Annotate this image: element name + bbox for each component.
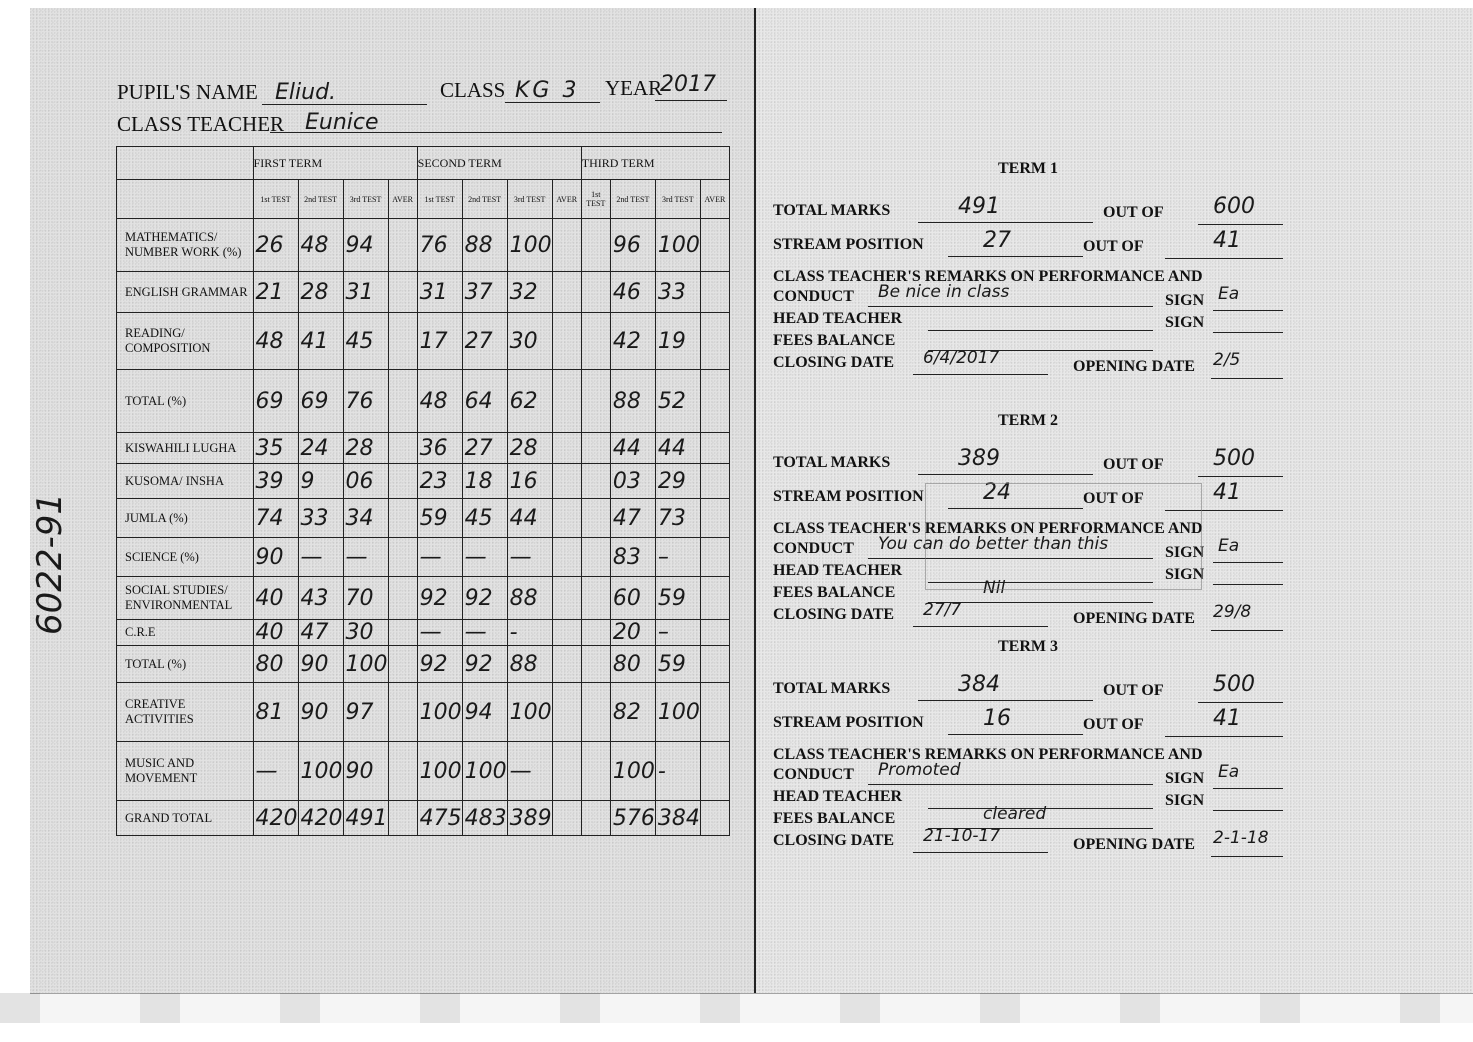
stream-position-value: 16 [983,706,1011,731]
score-cell: — [462,620,507,646]
score-cell: 48 [253,313,298,370]
table-row: ENGLISH GRAMMAR2128313137324633 [117,272,730,313]
stream-position-value: 27 [983,228,1011,253]
score-cell [581,433,610,464]
score-cell: 76 [417,219,462,272]
closing-date-value: 27/7 [923,600,961,620]
score-cell: 52 [655,370,700,433]
total-marks-value: 389 [958,446,1000,471]
score-cell [552,272,581,313]
score-cell: 100 [507,683,552,742]
score-cell: – [655,620,700,646]
score-cell: 76 [343,370,388,433]
score-cell [581,313,610,370]
closing-date-value: 6/4/2017 [923,348,999,368]
score-cell [552,219,581,272]
subject-label: TOTAL (%) [117,370,254,433]
score-cell [388,433,417,464]
class-value: KG 3 [515,78,579,103]
score-cell: 36 [417,433,462,464]
score-cell: — [343,538,388,577]
score-cell: 60 [610,577,655,620]
score-cell: 48 [298,219,343,272]
score-cell: — [417,538,462,577]
score-cell: 26 [253,219,298,272]
stream-out-of-label: OUT OF [1083,716,1144,734]
stream-position-label: STREAM POSITION [773,488,924,506]
score-cell: 03 [610,464,655,499]
column-header: 3rd TEST [343,180,388,219]
score-cell [581,464,610,499]
score-cell [700,272,729,313]
score-cell: 88 [462,219,507,272]
score-cell: 88 [507,577,552,620]
score-cell: 27 [462,433,507,464]
table-row: KUSOMA/ INSHA399062318160329 [117,464,730,499]
stream-out-of-value: 41 [1213,480,1241,505]
opening-date-label: OPENING DATE [1073,836,1195,854]
opening-date-value: 2-1-18 [1213,828,1269,848]
score-cell: 33 [298,499,343,538]
score-cell: 92 [462,577,507,620]
score-cell [388,370,417,433]
score-cell [700,646,729,683]
score-cell: 44 [610,433,655,464]
score-cell [552,683,581,742]
score-cell: 35 [253,433,298,464]
score-cell: 16 [507,464,552,499]
subject-label: SCIENCE (%) [117,538,254,577]
opening-date-label: OPENING DATE [1073,610,1195,628]
pupil-name-label: PUPIL'S NAME [117,80,258,104]
table-row: JUMLA (%)7433345945444773 [117,499,730,538]
column-header: AVER [700,180,729,219]
score-cell: 69 [253,370,298,433]
margin-note: 6022-91 [30,485,70,635]
score-cell: 31 [417,272,462,313]
score-cell [581,620,610,646]
out-of-label: OUT OF [1103,682,1164,700]
score-cell: 19 [655,313,700,370]
conduct-label: CONDUCT [773,288,854,306]
fees-balance-value: cleared [983,804,1046,824]
score-cell [388,620,417,646]
score-cell: 33 [655,272,700,313]
score-cell: 48 [417,370,462,433]
score-cell: 45 [343,313,388,370]
score-cell: 06 [343,464,388,499]
score-cell: 28 [507,433,552,464]
score-cell: – [655,538,700,577]
score-cell [581,683,610,742]
closing-date-label: CLOSING DATE [773,832,894,850]
stream-position-label: STREAM POSITION [773,236,924,254]
term-header-1: FIRST TERM [253,147,417,180]
stream-out-of-value: 41 [1213,706,1241,731]
score-cell [700,538,729,577]
table-row: READING/ COMPOSITION4841451727304219 [117,313,730,370]
total-out-of-value: 500 [1213,672,1255,697]
score-cell: 94 [343,219,388,272]
score-cell: 576 [610,801,655,836]
score-cell [581,538,610,577]
column-header: 1st TEST [417,180,462,219]
score-cell [388,219,417,272]
column-header: 2nd TEST [462,180,507,219]
total-marks-value: 384 [958,672,1000,697]
score-cell [581,646,610,683]
total-out-of-value: 600 [1213,194,1255,219]
score-cell: 30 [507,313,552,370]
subject-label: SOCIAL STUDIES/ ENVIRONMENTAL [117,577,254,620]
score-cell: 47 [610,499,655,538]
grades-table: FIRST TERM SECOND TERM THIRD TERM 1st TE… [116,146,730,836]
score-cell: - [655,742,700,801]
score-cell: 100 [298,742,343,801]
head-teacher-label: HEAD TEACHER [773,310,902,328]
table-row: SCIENCE (%)90—————83– [117,538,730,577]
score-cell: 40 [253,577,298,620]
class-teacher: Eunice [305,110,379,135]
score-cell [552,801,581,836]
term-header-3: THIRD TERM [581,147,729,180]
term-header-2: SECOND TERM [417,147,581,180]
scan-edge [0,993,1473,1023]
subject-label: READING/ COMPOSITION [117,313,254,370]
score-cell [700,499,729,538]
score-cell: 64 [462,370,507,433]
score-cell: — [253,742,298,801]
teacher-signature: Ea [1218,284,1239,304]
score-cell: 491 [343,801,388,836]
score-cell: 18 [462,464,507,499]
fees-balance-label: FEES BALANCE [773,810,895,828]
opening-date-value: 29/8 [1213,602,1251,622]
score-cell: 80 [610,646,655,683]
score-cell: 90 [298,683,343,742]
head-sign-label: SIGN [1165,314,1204,332]
score-cell: 389 [507,801,552,836]
score-cell [700,620,729,646]
sign-label: SIGN [1165,292,1204,310]
score-cell: — [417,620,462,646]
opening-date-value: 2/5 [1213,350,1240,370]
score-cell [388,742,417,801]
conduct-label: CONDUCT [773,540,854,558]
table-row: TOTAL (%)80901009292888059 [117,646,730,683]
score-cell: — [462,538,507,577]
score-cell: 44 [655,433,700,464]
score-cell: 45 [462,499,507,538]
score-cell: 41 [298,313,343,370]
stream-out-of-value: 41 [1213,228,1241,253]
subject-label: CREATIVE ACTIVITIES [117,683,254,742]
stream-out-of-label: OUT OF [1083,238,1144,256]
score-cell: 88 [610,370,655,433]
score-cell: 100 [507,219,552,272]
score-cell [388,646,417,683]
sign-label: SIGN [1165,770,1204,788]
score-cell: 100 [610,742,655,801]
score-cell [388,577,417,620]
score-cell: 47 [298,620,343,646]
conduct-remark: Promoted [878,760,961,780]
subject-label: ENGLISH GRAMMAR [117,272,254,313]
score-cell [388,499,417,538]
score-cell: 100 [655,683,700,742]
score-cell: 384 [655,801,700,836]
score-cell: 37 [462,272,507,313]
year-label: YEAR [605,76,662,101]
closing-date-label: CLOSING DATE [773,354,894,372]
score-cell [388,464,417,499]
year-value: 2017 [660,72,716,97]
total-marks-label: TOTAL MARKS [773,202,890,220]
score-cell [388,313,417,370]
score-cell: 483 [462,801,507,836]
score-cell: 92 [417,646,462,683]
column-header: AVER [552,180,581,219]
score-cell: — [507,538,552,577]
column-header: 3rd TEST [655,180,700,219]
score-cell: 20 [610,620,655,646]
table-row: TOTAL (%)6969764864628852 [117,370,730,433]
score-cell: 43 [298,577,343,620]
fees-balance-label: FEES BALANCE [773,584,895,602]
score-cell: 94 [462,683,507,742]
score-cell: 90 [298,646,343,683]
column-header: 2nd TEST [298,180,343,219]
score-cell [581,801,610,836]
score-cell [581,272,610,313]
score-cell: 96 [610,219,655,272]
score-cell [552,538,581,577]
score-cell [552,577,581,620]
score-cell: 100 [462,742,507,801]
score-cell [552,464,581,499]
column-header: 1st TEST [581,180,610,219]
subject-label: KUSOMA/ INSHA [117,464,254,499]
head-teacher-label: HEAD TEACHER [773,788,902,806]
head-teacher-label: HEAD TEACHER [773,562,902,580]
conduct-remark: Be nice in class [878,282,1009,302]
term-title: TERM 1 [773,160,1283,178]
closing-date-label: CLOSING DATE [773,606,894,624]
score-cell: 46 [610,272,655,313]
score-cell: 100 [655,219,700,272]
remarks-label: CLASS TEACHER'S REMARKS ON PERFORMANCE A… [773,746,1203,764]
score-cell [388,801,417,836]
score-cell: 100 [417,683,462,742]
score-cell: 39 [253,464,298,499]
term-title: TERM 3 [773,638,1283,656]
score-cell [700,683,729,742]
score-cell: 28 [343,433,388,464]
score-cell: 59 [655,577,700,620]
score-cell [552,370,581,433]
score-cell [700,433,729,464]
score-cell: — [298,538,343,577]
score-cell: 74 [253,499,298,538]
score-cell [581,370,610,433]
column-header: 2nd TEST [610,180,655,219]
score-cell: 28 [298,272,343,313]
subject-label: MATHEMATICS/ NUMBER WORK (%) [117,219,254,272]
score-cell [581,577,610,620]
score-cell: 80 [253,646,298,683]
school-stamp [925,483,1202,590]
head-sign-label: SIGN [1165,792,1204,810]
table-row: MUSIC AND MOVEMENT—10090100100—100- [117,742,730,801]
score-cell: 62 [507,370,552,433]
score-cell: 92 [417,577,462,620]
score-cell [700,464,729,499]
out-of-label: OUT OF [1103,204,1164,222]
score-cell [700,577,729,620]
table-row: C.R.E404730——-20– [117,620,730,646]
score-cell: 32 [507,272,552,313]
score-cell: 97 [343,683,388,742]
class-teacher-label: CLASS TEACHER [117,112,284,137]
subject-label: KISWAHILI LUGHA [117,433,254,464]
stream-position-label: STREAM POSITION [773,714,924,732]
subject-label: GRAND TOTAL [117,801,254,836]
score-cell: 17 [417,313,462,370]
teacher-signature: Ea [1218,536,1239,556]
table-row: MATHEMATICS/ NUMBER WORK (%)264894768810… [117,219,730,272]
score-cell: 24 [298,433,343,464]
score-cell: 21 [253,272,298,313]
score-cell: 83 [610,538,655,577]
score-cell [552,433,581,464]
score-cell: 100 [343,646,388,683]
score-cell: 30 [343,620,388,646]
score-cell: 59 [655,646,700,683]
score-cell [700,313,729,370]
score-cell: 40 [253,620,298,646]
score-cell: 29 [655,464,700,499]
score-cell: 9 [298,464,343,499]
score-cell: 69 [298,370,343,433]
subject-label: MUSIC AND MOVEMENT [117,742,254,801]
score-cell [552,646,581,683]
class-label: CLASS [440,78,505,103]
score-cell: 34 [343,499,388,538]
score-cell: 44 [507,499,552,538]
column-header: 1st TEST [253,180,298,219]
subject-label: JUMLA (%) [117,499,254,538]
score-cell [700,370,729,433]
subject-label: TOTAL (%) [117,646,254,683]
score-cell: 100 [417,742,462,801]
table-row: GRAND TOTAL420420491475483389576384 [117,801,730,836]
score-cell: 88 [507,646,552,683]
score-cell: 23 [417,464,462,499]
score-cell [388,272,417,313]
pupil-name: Eliud. [275,80,336,105]
score-cell: 420 [253,801,298,836]
score-cell: 82 [610,683,655,742]
score-cell: - [507,620,552,646]
subject-label: C.R.E [117,620,254,646]
score-cell [552,742,581,801]
score-cell: 73 [655,499,700,538]
score-cell [700,219,729,272]
score-cell [700,742,729,801]
column-header: AVER [388,180,417,219]
score-cell [552,313,581,370]
score-cell [552,620,581,646]
fees-balance-label: FEES BALANCE [773,332,895,350]
score-cell: — [507,742,552,801]
score-cell [388,538,417,577]
pupil-info-line: PUPIL'S NAME [117,80,258,105]
out-of-label: OUT OF [1103,456,1164,474]
score-cell: 420 [298,801,343,836]
total-marks-value: 491 [958,194,1000,219]
score-cell: 59 [417,499,462,538]
table-row: CREATIVE ACTIVITIES8190971009410082100 [117,683,730,742]
score-cell: 475 [417,801,462,836]
score-cell [581,219,610,272]
score-cell [388,683,417,742]
column-header: 3rd TEST [507,180,552,219]
table-row: KISWAHILI LUGHA3524283627284444 [117,433,730,464]
score-cell: 90 [343,742,388,801]
opening-date-label: OPENING DATE [1073,358,1195,376]
score-cell [552,499,581,538]
score-cell [700,801,729,836]
score-cell [581,499,610,538]
score-cell [581,742,610,801]
score-cell: 81 [253,683,298,742]
table-row: SOCIAL STUDIES/ ENVIRONMENTAL40437092928… [117,577,730,620]
total-out-of-value: 500 [1213,446,1255,471]
total-marks-label: TOTAL MARKS [773,680,890,698]
conduct-label: CONDUCT [773,766,854,784]
score-cell: 42 [610,313,655,370]
closing-date-value: 21-10-17 [923,826,1000,846]
total-marks-label: TOTAL MARKS [773,454,890,472]
score-cell: 90 [253,538,298,577]
score-cell: 70 [343,577,388,620]
term-title: TERM 2 [773,412,1283,430]
score-cell: 31 [343,272,388,313]
score-cell: 92 [462,646,507,683]
teacher-signature: Ea [1218,762,1239,782]
score-cell: 27 [462,313,507,370]
